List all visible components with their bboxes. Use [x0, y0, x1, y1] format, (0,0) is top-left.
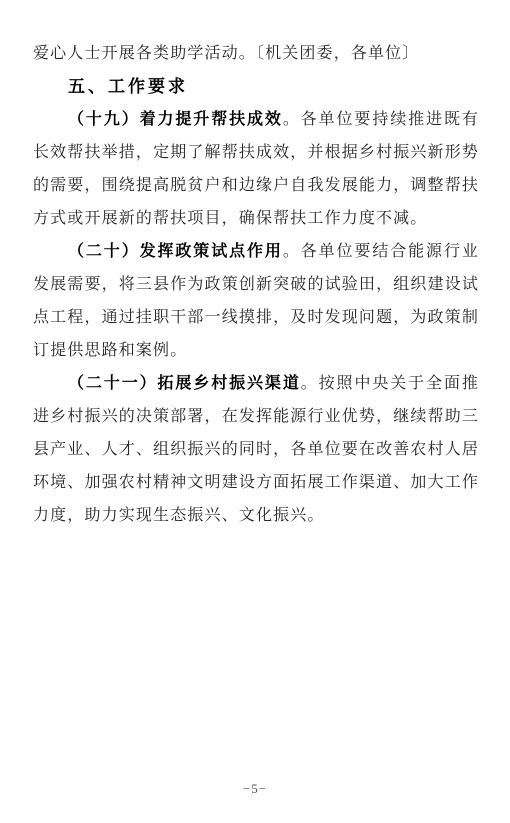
item-21-title: （二十一）拓展乡村振兴渠道: [68, 375, 301, 392]
item-19-body: 。各单位要持续推进既有长效帮扶举措，定期了解帮扶成效，并根据乡村振兴新形势的需要…: [33, 111, 479, 227]
numbered-item-20: （二十）发挥政策试点作用。各单位要结合能源行业发展需要，将三县作为政策创新突破的…: [33, 235, 479, 367]
paragraph-continuation: 爱心人士开展各类助学活动。〔机关团委，各单位〕: [33, 37, 479, 70]
section-heading: 五、工作要求: [33, 70, 479, 103]
item-20-body: 。各单位要结合能源行业发展需要，将三县作为政策创新突破的试验田，组织建设试点工程…: [33, 243, 479, 359]
item-19-title: （十九）着力提升帮扶成效: [68, 111, 283, 128]
page-number: −5−: [0, 781, 510, 797]
document-text-block: 爱心人士开展各类助学活动。〔机关团委，各单位〕 五、工作要求 （十九）着力提升帮…: [33, 37, 479, 532]
item-21-body: 。按照中央关于全面推进乡村振兴的决策部署，在发挥能源行业优势，继续帮助三县产业、…: [33, 375, 479, 524]
numbered-item-21: （二十一）拓展乡村振兴渠道。按照中央关于全面推进乡村振兴的决策部署，在发挥能源行…: [33, 367, 479, 532]
numbered-item-19: （十九）着力提升帮扶成效。各单位要持续推进既有长效帮扶举措，定期了解帮扶成效，并…: [33, 103, 479, 235]
item-20-title: （二十）发挥政策试点作用: [68, 243, 283, 260]
document-page: 爱心人士开展各类助学活动。〔机关团委，各单位〕 五、工作要求 （十九）着力提升帮…: [0, 0, 510, 823]
